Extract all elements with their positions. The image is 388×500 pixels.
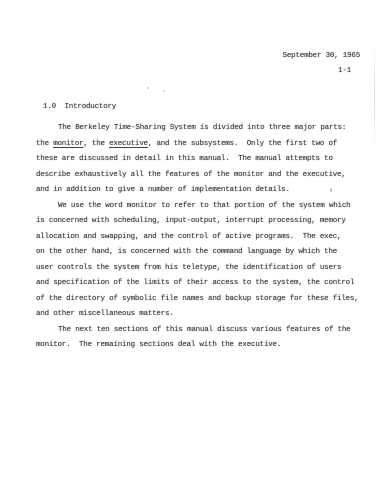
text-segment: and specification of the limits of their…	[36, 279, 354, 287]
text-segment: user controls the system from his telety…	[36, 264, 341, 272]
text-segment: We use the word monitor to refer to that…	[58, 202, 350, 210]
text-segment: , the	[83, 140, 109, 148]
underlined-term: monitor	[53, 140, 83, 148]
text-segment: and other miscellaneous matters.	[36, 310, 174, 318]
document-line: on the other hand, is concerned with the…	[36, 245, 372, 261]
document-line: The Berkeley Time-Sharing System is divi…	[36, 121, 372, 137]
document-line: these are discussed in detail in this ma…	[36, 152, 372, 168]
text-segment: the	[36, 140, 53, 148]
scan-artifact-dot	[147, 87, 149, 89]
section-heading: 1.0 Introductory	[43, 103, 116, 111]
scanned-document-page: September 30, 1965 1-1 1.0 Introductory …	[0, 0, 388, 500]
text-segment: of the directory of symbolic file names …	[36, 295, 359, 303]
document-line: user controls the system from his telety…	[36, 261, 372, 277]
document-line: describe exhaustively all the features o…	[36, 168, 372, 184]
page-number: 1-1	[338, 67, 351, 75]
document-line: of the directory of symbolic file names …	[36, 292, 372, 308]
document-line: the monitor, the executive, and the subs…	[36, 137, 372, 153]
document-date: September 30, 1965	[283, 52, 360, 60]
text-segment: allocation and swapping, and the control…	[36, 233, 341, 241]
text-segment: The next ten sections of this manual dis…	[58, 326, 350, 334]
document-line: and other miscellaneous matters.	[36, 307, 372, 323]
text-segment: these are discussed in detail in this ma…	[36, 155, 333, 163]
text-segment: monitor. The remaining sections deal wit…	[36, 341, 281, 349]
scan-artifact-dot	[163, 90, 165, 92]
document-line: and in addition to give a number of impl…	[36, 183, 372, 199]
document-line: and specification of the limits of their…	[36, 276, 372, 292]
underlined-term: executive	[109, 140, 148, 148]
text-segment: on the other hand, is concerned with the…	[36, 248, 337, 256]
scan-artifact-vertical-line	[374, 46, 375, 148]
text-segment: describe exhaustively all the features o…	[36, 171, 346, 179]
text-segment: and in addition to give a number of impl…	[36, 186, 290, 194]
document-line: We use the word monitor to refer to that…	[36, 199, 372, 215]
scan-artifact-stray-mark	[330, 188, 332, 192]
document-line: The next ten sections of this manual dis…	[36, 323, 372, 339]
document-line: allocation and swapping, and the control…	[36, 230, 372, 246]
document-line: monitor. The remaining sections deal wit…	[36, 338, 372, 354]
text-segment: is concerned with scheduling, input-outp…	[36, 217, 346, 225]
text-segment: The Berkeley Time-Sharing System is divi…	[58, 124, 346, 132]
text-segment: , and the subsystems. Only the first two…	[148, 140, 337, 148]
document-body: The Berkeley Time-Sharing System is divi…	[36, 121, 372, 354]
document-line: is concerned with scheduling, input-outp…	[36, 214, 372, 230]
